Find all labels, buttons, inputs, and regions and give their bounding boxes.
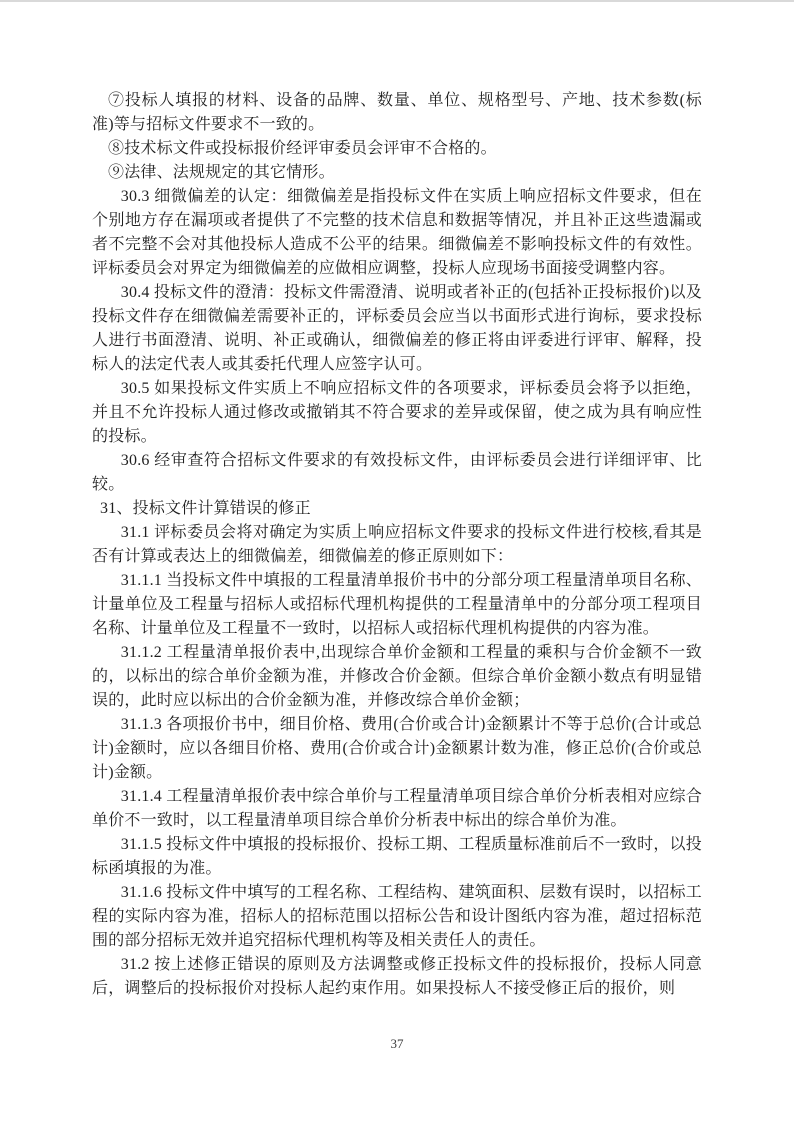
clause-30-4: 30.4 投标文件的澄清：投标文件需澄清、说明或者补正的(包括补正投标报价)以及… [92, 281, 702, 377]
list-item-7: ⑦投标人填报的材料、设备的品牌、数量、单位、规格型号、产地、技术参数(标准)等与… [92, 89, 702, 137]
document-page: ⑦投标人填报的材料、设备的品牌、数量、单位、规格型号、产地、技术参数(标准)等与… [0, 0, 794, 1122]
section-heading-31: 31、投标文件计算错误的修正 [92, 497, 702, 521]
page-footer: 37 [0, 1035, 794, 1053]
clause-31-1-1: 31.1.1 当投标文件中填报的工程量清单报价书中的分部分项工程量清单项目名称、… [92, 569, 702, 641]
clause-31-1-3: 31.1.3 各项报价书中，细目价格、费用(合价或合计)金额累计不等于总价(合计… [92, 713, 702, 785]
clause-31-1-4: 31.1.4 工程量清单报价表中综合单价与工程量清单项目综合单价分析表相对应综合… [92, 785, 702, 833]
document-body: ⑦投标人填报的材料、设备的品牌、数量、单位、规格型号、产地、技术参数(标准)等与… [92, 89, 702, 1001]
list-item-9: ⑨法律、法规规定的其它情形。 [92, 161, 702, 185]
clause-31-1-6: 31.1.6 投标文件中填写的工程名称、工程结构、建筑面积、层数有误时，以招标工… [92, 881, 702, 953]
list-item-8: ⑧技术标文件或投标报价经评审委员会评审不合格的。 [92, 137, 702, 161]
clause-30-3: 30.3 细微偏差的认定：细微偏差是指投标文件在实质上响应招标文件要求，但在个别… [92, 185, 702, 281]
clause-31-1-5: 31.1.5 投标文件中填报的投标报价、投标工期、工程质量标准前后不一致时，以投… [92, 833, 702, 881]
clause-31-2: 31.2 按上述修正错误的原则及方法调整或修正投标文件的投标报价，投标人同意后，… [92, 953, 702, 1001]
clause-31-1: 31.1 评标委员会将对确定为实质上响应招标文件要求的投标文件进行校核,看其是否… [92, 521, 702, 569]
clause-30-6: 30.6 经审查符合招标文件要求的有效投标文件，由评标委员会进行详细评审、比较。 [92, 449, 702, 497]
clause-31-1-2: 31.1.2 工程量清单报价表中,出现综合单价金额和工程量的乘积与合价金额不一致… [92, 641, 702, 713]
page-number: 37 [391, 1036, 404, 1051]
clause-30-5: 30.5 如果投标文件实质上不响应招标文件的各项要求，评标委员会将予以拒绝，并且… [92, 377, 702, 449]
